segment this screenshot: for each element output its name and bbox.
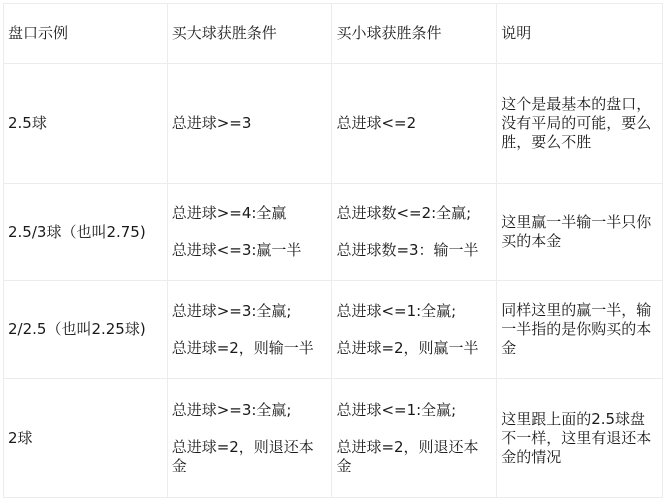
handicap-table: 盘口示例 买大球获胜条件 买小球获胜条件 说明 2.5球 总进球>=3 总进球<…: [3, 3, 663, 498]
cell-line: 总进球>=3:全赢;: [172, 401, 328, 420]
cell-line: 总进球=2，则退还本金: [336, 438, 492, 476]
cell-line: 总进球=2，则输一半: [172, 339, 328, 358]
table-row: 2.5/3球（也叫2.75) 总进球>=4:全赢 总进球<=3:赢一半 总进球数…: [4, 184, 663, 281]
header-over: 买大球获胜条件: [167, 4, 332, 64]
cell-line: 总进球>=4:全赢: [172, 204, 328, 223]
cell-line: 总进球<=3:赢一半: [172, 241, 328, 260]
cell-over: 总进球>=3:全赢; 总进球=2，则退还本金: [167, 379, 332, 498]
cell-line: 总进球数<=2:全赢;: [336, 204, 492, 223]
cell-line: 总进球数=3：输一半: [336, 241, 492, 260]
cell-handicap: 2.5/3球（也叫2.75): [4, 184, 168, 281]
table-row: 2.5球 总进球>=3 总进球<=2 这个是最基本的盘口，没有平局的可能，要么胜…: [4, 64, 663, 184]
cell-note: 这里跟上面的2.5球盘不一样，这里有退还本金的情况: [497, 379, 663, 498]
cell-under: 总进球<=1:全赢; 总进球=2，则退还本金: [332, 379, 497, 498]
header-row: 盘口示例 买大球获胜条件 买小球获胜条件 说明: [4, 4, 663, 64]
cell-over: 总进球>=3: [167, 64, 332, 184]
cell-under: 总进球<=1:全赢; 总进球=2，则赢一半: [332, 281, 497, 379]
cell-note: 这里赢一半输一半只你买的本金: [497, 184, 663, 281]
cell-under: 总进球数<=2:全赢; 总进球数=3：输一半: [332, 184, 497, 281]
cell-over: 总进球>=3:全赢; 总进球=2，则输一半: [167, 281, 332, 379]
cell-line: 总进球=2，则赢一半: [336, 339, 492, 358]
cell-handicap: 2.5球: [4, 64, 168, 184]
cell-line: 总进球<=1:全赢;: [336, 302, 492, 321]
header-note: 说明: [497, 4, 663, 64]
cell-handicap: 2球: [4, 379, 168, 498]
cell-line: 总进球<=1:全赢;: [336, 401, 492, 420]
cell-line: 总进球>=3: [172, 114, 328, 133]
cell-over: 总进球>=4:全赢 总进球<=3:赢一半: [167, 184, 332, 281]
header-under: 买小球获胜条件: [332, 4, 497, 64]
table-row: 2/2.5（也叫2.25球) 总进球>=3:全赢; 总进球=2，则输一半 总进球…: [4, 281, 663, 379]
header-handicap: 盘口示例: [4, 4, 168, 64]
table-row: 2球 总进球>=3:全赢; 总进球=2，则退还本金 总进球<=1:全赢; 总进球…: [4, 379, 663, 498]
cell-note: 这个是最基本的盘口，没有平局的可能，要么胜，要么不胜: [497, 64, 663, 184]
cell-line: 总进球<=2: [336, 114, 492, 133]
cell-under: 总进球<=2: [332, 64, 497, 184]
cell-line: 总进球=2，则退还本金: [172, 438, 328, 476]
cell-handicap: 2/2.5（也叫2.25球): [4, 281, 168, 379]
cell-line: 总进球>=3:全赢;: [172, 302, 328, 321]
cell-note: 同样这里的赢一半，输一半指的是你购买的本金: [497, 281, 663, 379]
